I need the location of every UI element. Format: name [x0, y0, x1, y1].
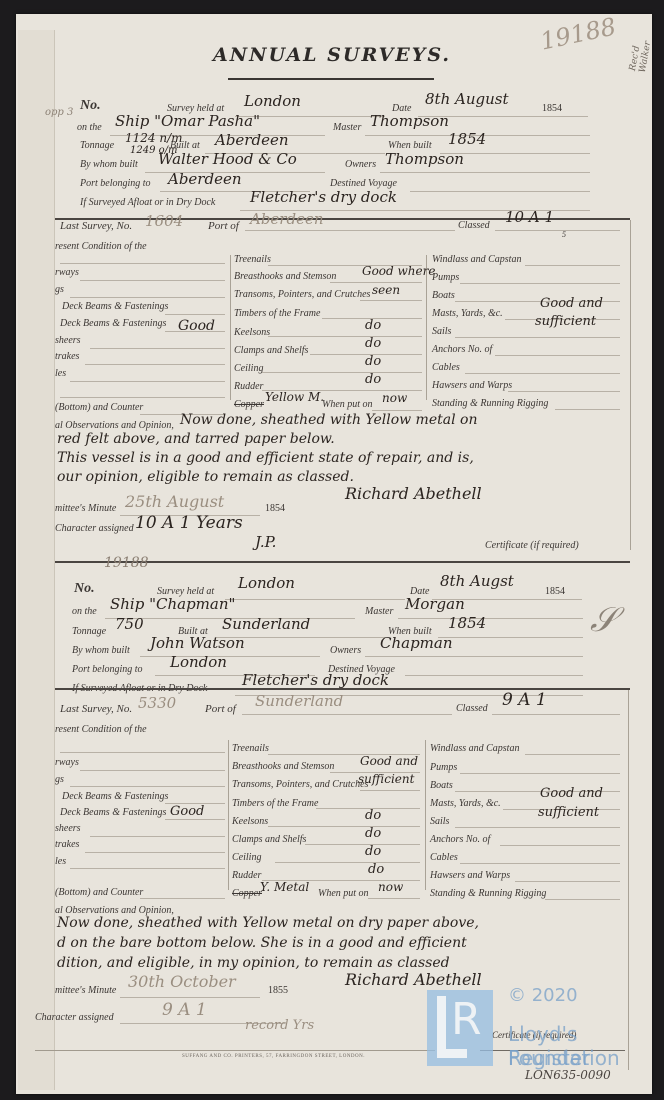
- observation-line: Now done, sheathed with Yellow metal on …: [57, 915, 479, 931]
- col3-row: Anchors No. of: [430, 834, 490, 845]
- col3-value: Good and: [540, 786, 603, 801]
- col2-value: do: [365, 826, 381, 841]
- master-label: Master: [365, 606, 393, 617]
- on-the-label: on the: [72, 606, 97, 617]
- character-assigned-label: Character assigned: [55, 523, 134, 534]
- col1-row: Deck Beams & Fastenings: [60, 318, 166, 329]
- col1-row: gs: [55, 284, 64, 295]
- col1-row: trakes: [55, 839, 79, 850]
- no-label: No.: [74, 581, 95, 597]
- lr-logo-letter: R: [451, 994, 482, 1045]
- watermark-org-2: Foundation: [508, 1046, 620, 1070]
- margin-note-left: opp 3: [45, 107, 73, 118]
- col3-row: Cables: [432, 362, 460, 373]
- committee-minute-label: mittee's Minute: [55, 985, 116, 996]
- col2-value: Good where: [362, 264, 435, 278]
- when-built-value: 1854: [448, 614, 486, 632]
- classed-label: Classed: [456, 703, 488, 714]
- when-put-on-value: now: [382, 391, 407, 405]
- col2-row: When put on: [318, 888, 369, 899]
- col3-row: Masts, Yards, &c.: [430, 798, 501, 809]
- col1-row: (Bottom) and Counter: [55, 887, 143, 898]
- col2-row: Copper: [232, 888, 262, 899]
- dock-label: If Surveyed Afloat or in Dry Dock: [80, 197, 215, 208]
- initials-mark: 𝒮: [590, 600, 616, 640]
- col2-row: Treenails: [232, 743, 269, 754]
- col2-row: When put on: [322, 399, 373, 410]
- by-whom-built-value: John Watson: [150, 634, 245, 652]
- present-condition-label: resent Condition of the: [55, 724, 147, 735]
- classed-value: 10 A 1: [505, 208, 554, 226]
- when-put-on-value: now: [378, 880, 403, 894]
- col2-row: Keelsons: [234, 327, 270, 338]
- committee-minute-value: 30th October: [128, 972, 236, 991]
- observation-line: d on the bare bottom below. She is in a …: [57, 935, 467, 951]
- col3-row: Sails: [430, 816, 449, 827]
- col2-value: do: [365, 372, 381, 387]
- year-value: 1854: [545, 586, 565, 597]
- col2-value: do: [365, 808, 381, 823]
- owners-value: Chapman: [380, 634, 453, 652]
- col3-row: Windlass and Capstan: [430, 743, 519, 754]
- by-whom-built-value: Walter Hood & Co: [158, 150, 297, 168]
- copper-value: Yellow M.: [265, 390, 324, 404]
- col2-row: Breasthooks and Stemson: [234, 271, 336, 282]
- port-belonging-value: Aberdeen: [168, 170, 242, 188]
- when-built-value: 1854: [448, 130, 486, 148]
- observation-line: our opinion, eligible to remain as class…: [57, 469, 354, 485]
- observation-line: This vessel is in a good and efficient s…: [57, 450, 474, 466]
- col3-row: Sails: [432, 326, 451, 337]
- dock-value: Fletcher's dry dock: [250, 188, 397, 206]
- reference-code: LON635-0090: [525, 1068, 611, 1082]
- record-note: record Yrs: [245, 1018, 314, 1033]
- surveyor-signature: Richard Abethell: [345, 970, 482, 989]
- col3-row: Hawsers and Warps: [432, 380, 512, 391]
- col2-row: Rudder: [234, 381, 263, 392]
- col1-row: les: [55, 856, 66, 867]
- tonnage-value: 750: [115, 615, 144, 633]
- observation-line: Now done, sheathed with Yellow metal on: [180, 412, 477, 428]
- built-at-value: Sunderland: [222, 615, 310, 633]
- observations-label: al Observations and Opinion,: [55, 420, 174, 431]
- footer-rule: [35, 1050, 435, 1051]
- col3-row: Standing & Running Rigging: [430, 888, 546, 899]
- surveyor-signature: Richard Abethell: [345, 484, 482, 503]
- col3-row: Pumps: [432, 272, 459, 283]
- col3-row: Boats: [430, 780, 453, 791]
- col1-row: trakes: [55, 351, 79, 362]
- col2-value: do: [365, 844, 381, 859]
- col2-value: sufficient: [358, 772, 414, 786]
- ship-value: Ship "Omar Pasha": [115, 112, 260, 130]
- col2-row: Clamps and Shelfs: [234, 345, 308, 356]
- dock-value: Fletcher's dry dock: [242, 671, 389, 689]
- col3-row: Masts, Yards, &c.: [432, 308, 503, 319]
- col1-row: Deck Beams & Fastenings: [60, 807, 166, 818]
- col2-row: Rudder: [232, 870, 261, 881]
- col1-row: les: [55, 368, 66, 379]
- date-value: 8th Augst: [440, 572, 514, 590]
- last-survey-label: Last Survey, No.: [60, 220, 132, 232]
- observation-line: dition, and eligible, in my opinion, to …: [57, 955, 450, 971]
- by-whom-built-label: By whom built: [80, 159, 138, 170]
- classed-label: Classed: [458, 220, 490, 231]
- tonnage-label: Tonnage: [72, 626, 106, 637]
- col1-row: rways: [55, 757, 79, 768]
- observation-line: red felt above, and tarred paper below.: [57, 431, 335, 447]
- port-belonging-value: London: [170, 653, 227, 671]
- col1-value: Good: [170, 804, 204, 819]
- committee-minute-value: 25th August: [125, 492, 224, 511]
- present-condition-label: resent Condition of the: [55, 241, 147, 252]
- owners-value: Thompson: [385, 150, 464, 168]
- last-survey-value: 5330: [138, 694, 176, 712]
- col2-value: do: [365, 354, 381, 369]
- date-value: 8th August: [425, 90, 508, 108]
- port-of-label: Port of: [208, 220, 239, 232]
- owners-label: Owners: [345, 159, 376, 170]
- committee-minute-label: mittee's Minute: [55, 503, 116, 514]
- col2-value: seen: [372, 283, 400, 297]
- last-survey-value: 1604: [145, 212, 183, 230]
- committee-year: 1855: [268, 985, 288, 996]
- initials: J.P.: [255, 533, 276, 551]
- ship-value: Ship "Chapman": [110, 595, 235, 613]
- watermark-copyright: © 2020: [508, 985, 578, 1006]
- col2-row: Copper: [234, 399, 264, 410]
- col3-row: Standing & Running Rigging: [432, 398, 548, 409]
- col1-row: sheers: [55, 335, 81, 346]
- copper-value: Y. Metal: [260, 880, 309, 894]
- col3-row: Hawsers and Warps: [430, 870, 510, 881]
- classed-value: 9 A 1: [502, 690, 547, 710]
- col3-value: sufficient: [538, 805, 599, 820]
- by-whom-built-label: By whom built: [72, 645, 130, 656]
- committee-year: 1854: [265, 503, 285, 514]
- master-label: Master: [333, 122, 361, 133]
- col3-row: Pumps: [430, 762, 457, 773]
- lr-logo-watermark: R: [427, 990, 493, 1066]
- survey-held-value: London: [238, 574, 295, 592]
- master-value: Thompson: [370, 112, 449, 130]
- tonnage-label: Tonnage: [80, 140, 114, 151]
- col2-value: do: [368, 862, 384, 877]
- col3-row: Cables: [430, 852, 458, 863]
- col2-row: Timbers of the Frame: [232, 798, 318, 809]
- owners-label: Owners: [330, 645, 361, 656]
- character-assigned-value: 9 A 1: [162, 1000, 207, 1020]
- col1-row: (Bottom) and Counter: [55, 402, 143, 413]
- col1-row: gs: [55, 774, 64, 785]
- col3-value: sufficient: [535, 314, 596, 329]
- col3-row: Boats: [432, 290, 455, 301]
- col2-row: Treenails: [234, 254, 271, 265]
- col1-row: Deck Beams & Fastenings: [62, 301, 168, 312]
- col3-value: Good and: [540, 296, 603, 311]
- col1-row: sheers: [55, 823, 81, 834]
- character-assigned-label: Character assigned: [35, 1012, 114, 1023]
- col2-row: Keelsons: [232, 816, 268, 827]
- port-of-label: Port of: [205, 703, 236, 715]
- survey-held-value: London: [244, 92, 301, 110]
- col2-row: Timbers of the Frame: [234, 308, 320, 319]
- port-belonging-label: Port belonging to: [72, 664, 143, 675]
- character-assigned-value: 10 A 1 Years: [135, 513, 243, 533]
- master-value: Morgan: [405, 595, 465, 613]
- certificate-label: Certificate (if required): [485, 540, 579, 551]
- col1-value: Good: [178, 318, 215, 334]
- col2-row: Ceiling: [234, 363, 263, 374]
- col1-row: rways: [55, 267, 79, 278]
- col2-row: Transoms, Pointers, and Crutches: [232, 779, 368, 790]
- on-the-label: on the: [77, 122, 102, 133]
- year-value: 1854: [542, 103, 562, 114]
- col3-row: Anchors No. of: [432, 344, 492, 355]
- classed-note: 5: [562, 230, 566, 239]
- col2-row: Clamps and Shelfs: [232, 834, 306, 845]
- binding-stub: [18, 30, 55, 1090]
- archive-number-2: 19188: [104, 555, 149, 571]
- built-at-value: Aberdeen: [215, 131, 289, 149]
- col2-value: Good and: [360, 754, 418, 768]
- survey-document: [16, 14, 652, 1094]
- col2-row: Ceiling: [232, 852, 261, 863]
- col2-value: do: [365, 318, 381, 333]
- no-label: No.: [80, 98, 101, 114]
- col1-row: Deck Beams & Fastenings: [62, 791, 168, 802]
- last-survey-label: Last Survey, No.: [60, 703, 132, 715]
- port-of-value: Sunderland: [255, 692, 343, 710]
- port-belonging-label: Port belonging to: [80, 178, 151, 189]
- printer-line: SUFFANG AND CO. PRINTERS, 57, FARRINGDON…: [182, 1054, 365, 1059]
- col3-row: Windlass and Capstan: [432, 254, 521, 265]
- col2-row: Breasthooks and Stemson: [232, 761, 334, 772]
- port-of-value: Aberdeen: [250, 210, 324, 228]
- col2-row: Transoms, Pointers, and Crutches: [234, 289, 370, 300]
- col2-value: do: [365, 336, 381, 351]
- title-rule: [228, 78, 434, 80]
